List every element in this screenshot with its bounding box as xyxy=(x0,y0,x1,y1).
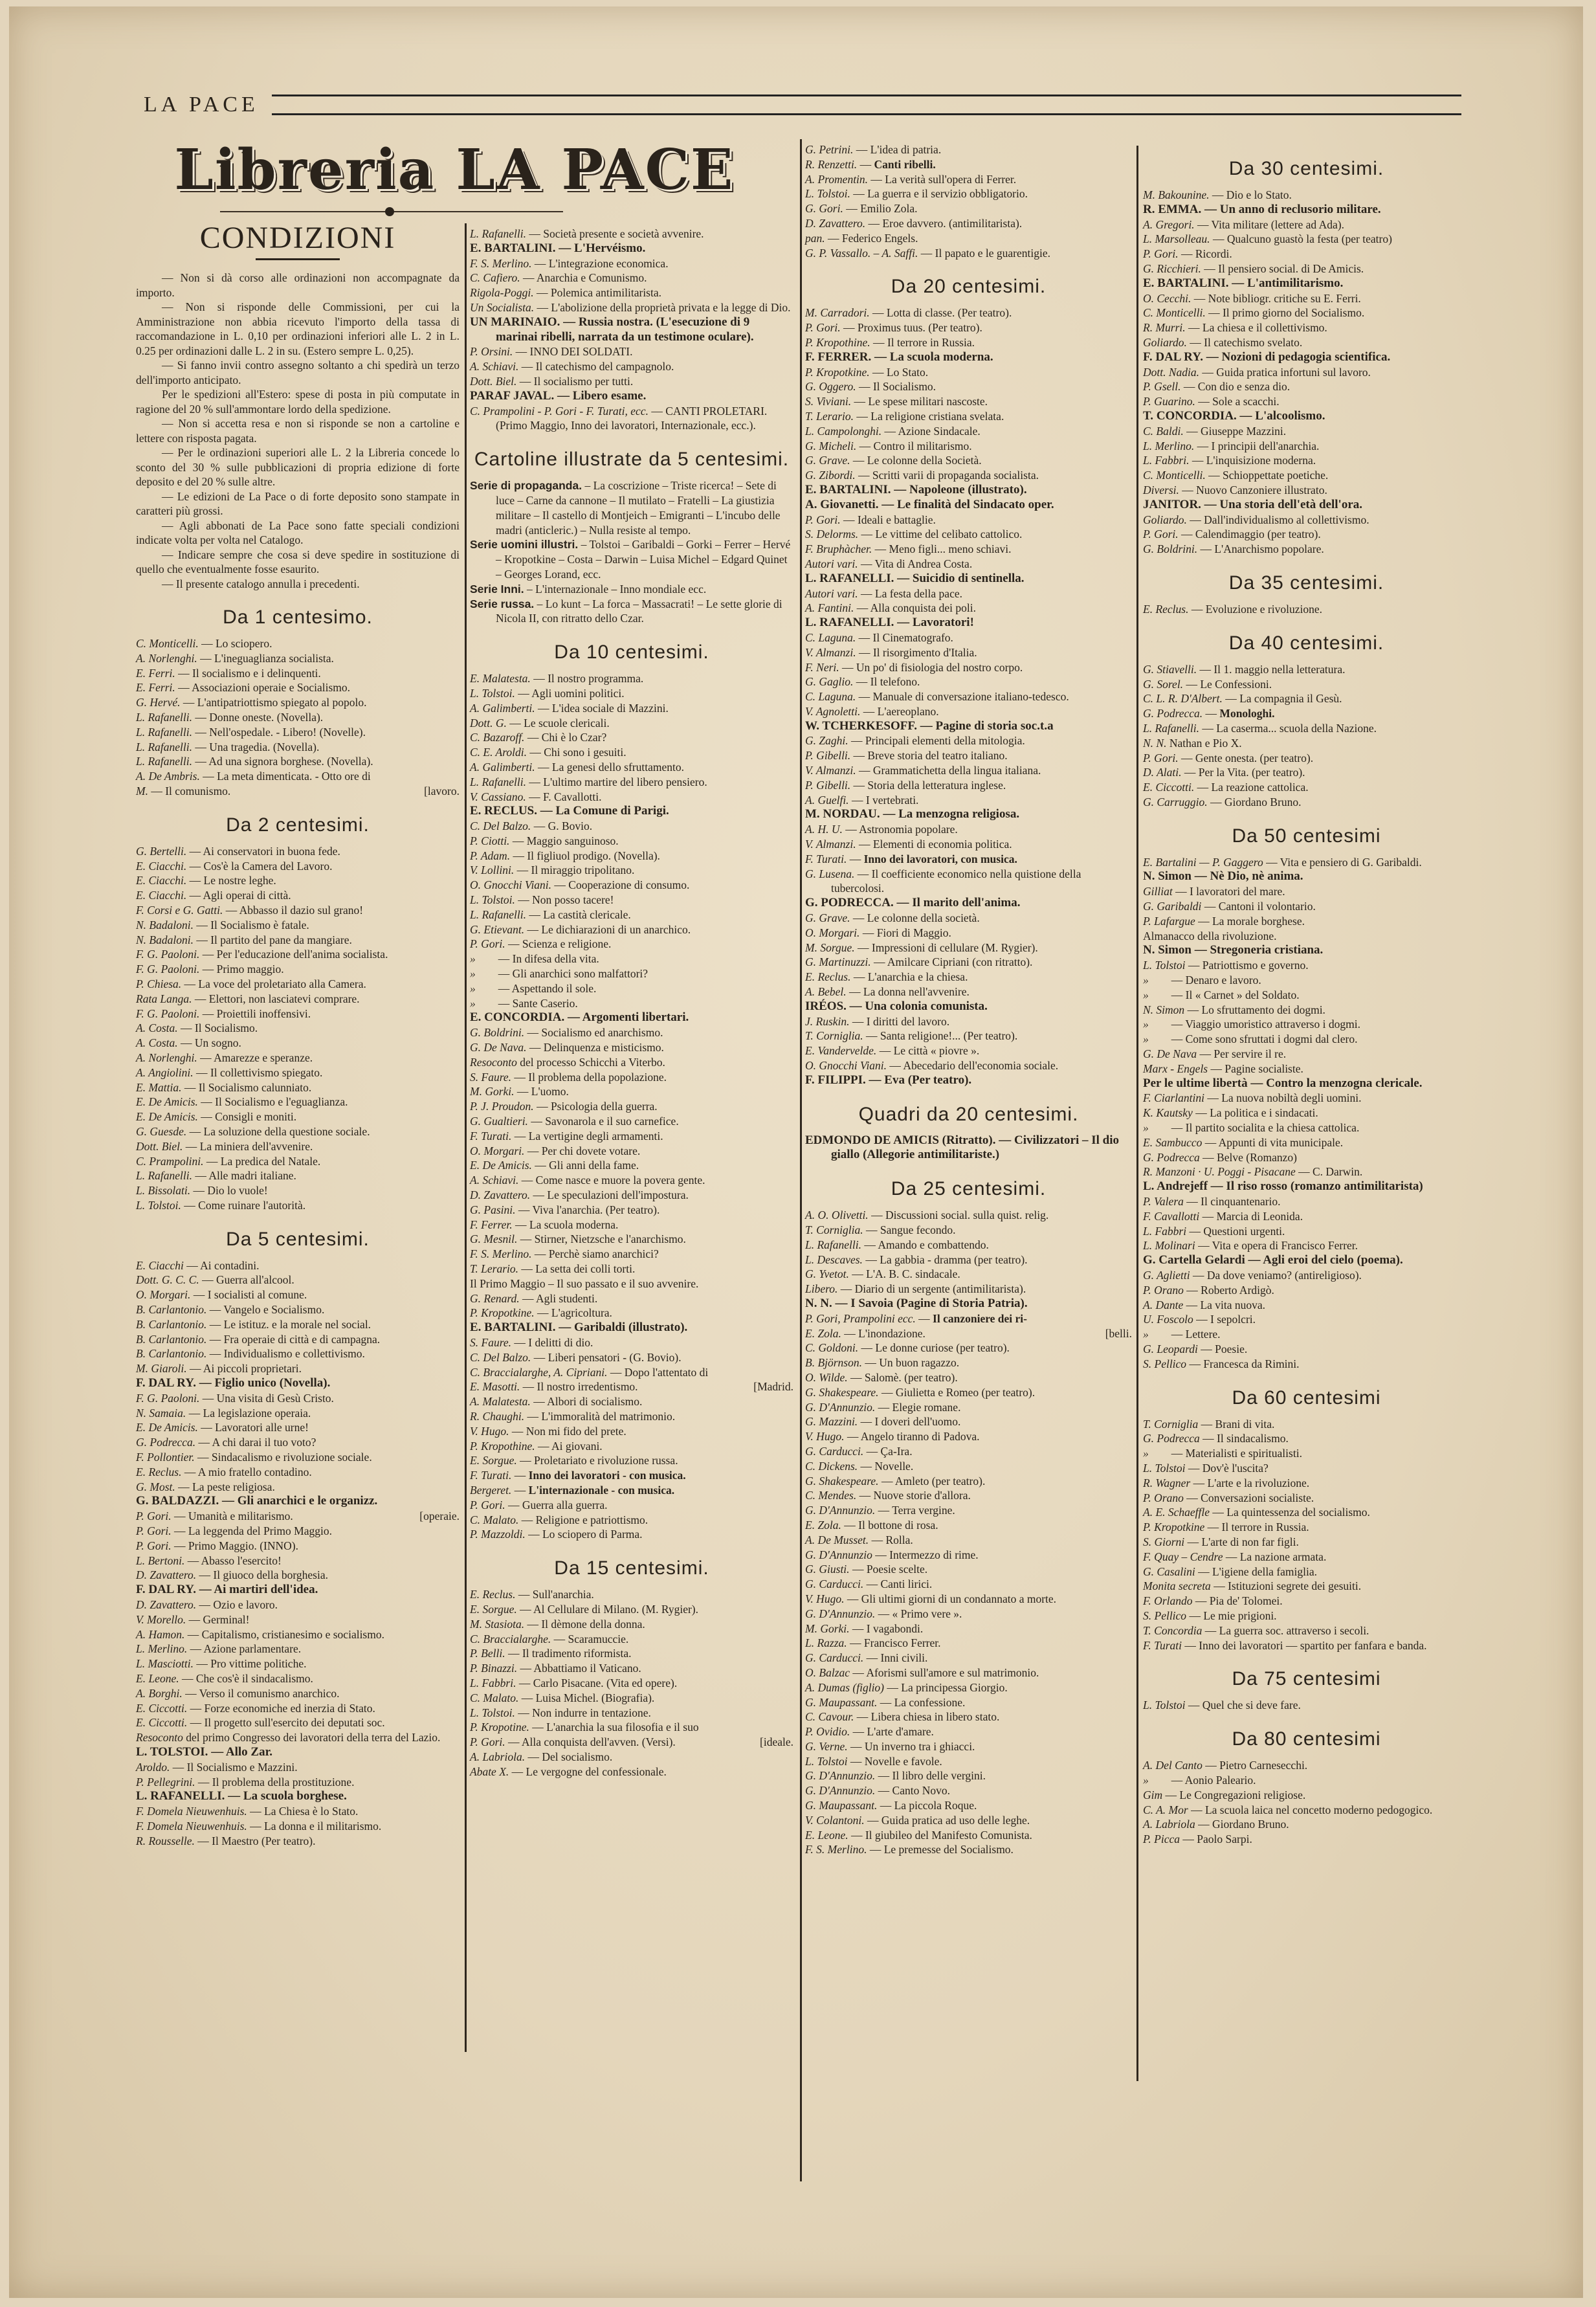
entry-title: Sull'anarchia. xyxy=(533,1588,594,1601)
entry-separator: — xyxy=(875,1401,892,1414)
entry-author: G. Podrecca xyxy=(1143,1151,1200,1164)
entry-author: C. Cavour. xyxy=(805,1710,854,1723)
entry-title: La compagnia il Gesù. xyxy=(1239,692,1342,705)
entry-author: Serie russa. xyxy=(470,597,534,610)
entry-author: E. De Amicis. xyxy=(136,1421,198,1434)
entry-author: G. Maupassant. xyxy=(805,1799,877,1812)
entry-separator: — xyxy=(148,785,165,797)
entry-author: C. A. Mor xyxy=(1143,1803,1188,1816)
entry-author: P. Ciotti. xyxy=(470,834,509,847)
catalog-entry: Almanacco della rivoluzione. xyxy=(1143,929,1470,944)
catalog-entry: L. Tolstoi. — La guerra e il servizio ob… xyxy=(805,186,1132,201)
entry-author: L. RAFANELLI. xyxy=(136,1789,225,1803)
entry-separator: — xyxy=(1186,1462,1203,1475)
entry-separator: — xyxy=(847,853,863,865)
catalog-entry: » — Il « Carnet » del Soldato. xyxy=(1143,988,1470,1003)
entry-separator: — xyxy=(198,1421,215,1434)
entry-title: Stregoneria cristiana. xyxy=(1210,943,1323,957)
column-rule xyxy=(800,139,802,2181)
entry-author: P. Lafargue xyxy=(1143,915,1195,928)
entry-title: La meta dimenticata. - Otto ore di xyxy=(217,770,371,783)
entry-author: C. E. Aroldi. xyxy=(470,746,527,759)
catalog-entry: G. Mesnil. — Stirner, Nietzsche e l'anar… xyxy=(470,1232,793,1247)
entry-author: N. Badaloni. xyxy=(136,919,194,931)
entry-title: Alla conquista dell'avven. (Versi). xyxy=(522,1735,676,1748)
entry-title: Amleto (per teatro). xyxy=(895,1475,985,1488)
entry-title: Terra vergine. xyxy=(892,1504,955,1517)
catalog-entry: Resoconto del primo Congresso dei lavora… xyxy=(136,1730,460,1745)
entry-author: L. RAFANELLI. xyxy=(805,572,894,585)
entry-separator: — xyxy=(190,1184,207,1197)
entry-author: L. Bissolati. xyxy=(136,1184,190,1197)
entry-separator: — xyxy=(199,1007,216,1020)
entry-author: P. Kropotkine. xyxy=(470,1306,535,1319)
catalog-entry: M. Gorki. — I vagabondi. xyxy=(805,1622,1132,1636)
catalog-entry: F. Bruphàcher. — Meno figli... meno schi… xyxy=(805,542,1132,557)
entry-separator: — xyxy=(916,1312,933,1325)
entry-separator: — xyxy=(172,1510,188,1522)
entry-author: O. Gnocchi Viani. xyxy=(805,1059,887,1072)
entry-author: L. Rafanelli. xyxy=(1143,722,1199,735)
entry-author: N. Badaloni. xyxy=(136,933,194,946)
entry-separator: — xyxy=(856,1489,873,1502)
entry-author: Dott. G. xyxy=(470,717,507,730)
entry-separator: — xyxy=(1191,292,1208,305)
entry-separator: — xyxy=(535,1440,551,1453)
entry-author: G. Podrecca xyxy=(1143,1432,1200,1445)
catalog-entry: P. Ciotti. — Maggio sanguinoso. xyxy=(470,834,793,849)
entry-separator: — xyxy=(526,908,543,921)
catalog-entry: T. Lerario. — La setta dei colli torti. xyxy=(470,1262,793,1276)
entry-title: La Chiesa è lo Stato. xyxy=(264,1805,358,1818)
catalog-entry: L. Fabbri. — Carlo Pisacane. (Vita ed op… xyxy=(470,1676,793,1691)
catalog-entry: D. Zavattero. — Le speculazioni dell'imp… xyxy=(470,1188,793,1203)
entry-continuation: [ideale. xyxy=(786,1735,793,1750)
entry-separator: — xyxy=(206,1303,223,1316)
catalog-entry: G. Maupassant. — La confessione. xyxy=(805,1695,1132,1710)
entry-separator: — xyxy=(1210,1506,1226,1519)
entry-title: Le Confessioni. xyxy=(1200,678,1272,691)
entry-title: Proiettili inoffensivi. xyxy=(217,1007,311,1020)
entry-separator: — xyxy=(511,1484,528,1497)
entry-author: E. CONCORDIA. xyxy=(470,1010,564,1024)
catalog-entry: P. Picca — Paolo Sarpi. xyxy=(1143,1832,1470,1847)
entry-author: J. Ruskin. xyxy=(805,1015,850,1028)
catalog-entry: A. Promentin. — La verità sull'opera di … xyxy=(805,172,1132,187)
entry-author: O. Morgari. xyxy=(470,1144,524,1157)
catalog-entry: C. L. R. D'Albert. — La compagnia il Ges… xyxy=(1143,691,1470,706)
catalog-entry: E. CONCORDIA. — Argomenti libertari. xyxy=(470,1010,793,1025)
entry-title: F. Cavallotti. xyxy=(543,790,601,803)
catalog-entry: L. Masciotti. — Pro vittime politiche. xyxy=(136,1656,460,1671)
entry-separator: — xyxy=(1183,1298,1200,1311)
entry-separator: — xyxy=(850,1622,867,1635)
entry-title: La gabbia - dramma (per teatro). xyxy=(880,1253,1027,1266)
catalog-entry: L. Tolstoi — Patriottismo e governo. xyxy=(1143,958,1470,973)
catalog-entry: F. Neri. — Un po' di fisiologia del nost… xyxy=(805,660,1132,675)
entry-separator: — xyxy=(181,1081,198,1094)
entry-author: L. Rafanelli. xyxy=(470,227,526,240)
entry-title: Chi è lo Czar? xyxy=(542,731,607,744)
entry-author: A. De Musset. xyxy=(805,1533,869,1546)
catalog-entry: L. Razza. — Francisco Ferrer. xyxy=(805,1636,1132,1651)
entry-author: N. Simon xyxy=(1143,869,1191,883)
entry-author: Bergeret. xyxy=(470,1484,511,1497)
catalog-entry: S. Pellico — Le mie prigioni. xyxy=(1143,1609,1470,1623)
entry-title: Il sindacalismo. xyxy=(1217,1432,1289,1445)
entry-title: Il primo giorno del Socialismo. xyxy=(1223,306,1364,319)
entry-title: Canto Novo. xyxy=(892,1784,950,1797)
entry-author: C. Monticelli. xyxy=(1143,306,1206,319)
catalog-entry: G. Zaghi. — Principali elementi della mi… xyxy=(805,733,1132,748)
entry-separator: — xyxy=(1296,1165,1313,1178)
entry-title: Il partito socialita e la chiesa cattoli… xyxy=(1186,1121,1360,1134)
catalog-entry: S. Delorms. — Le vittime del celibato ca… xyxy=(805,527,1132,542)
entry-separator: — xyxy=(1198,1343,1215,1355)
entry-title: L'agricoltura. xyxy=(551,1306,612,1319)
entry-author: N. Simon xyxy=(1143,943,1191,957)
catalog-entry: D. Zavattero. — Eroe davvero. (antimilit… xyxy=(805,216,1132,231)
entry-title: Religione e patriottismo. xyxy=(536,1513,648,1526)
catalog-entry: V. Cassiano. — F. Cavallotti. xyxy=(470,790,793,805)
entry-author: F. G. Paoloni. xyxy=(136,1392,199,1405)
entry-title: Una tragedia. (Novella). xyxy=(209,741,319,753)
catalog-entry: G. Boldrini. — L'Anarchismo popolare. xyxy=(1143,542,1470,557)
entry-author: F. Ferrer. xyxy=(470,1218,513,1231)
catalog-entry: » — Materialisti e spiritualisti. xyxy=(1143,1446,1470,1461)
entry-author: A. Guelfi. xyxy=(805,794,849,807)
entry-separator: — xyxy=(1193,1106,1210,1119)
catalog-entry: L. RAFANELLI. — La scuola borghese. xyxy=(136,1789,460,1804)
entry-title: Manuale di conversazione italiano-tedesc… xyxy=(873,690,1069,703)
catalog-entry: G. D'Annunzio. — Terra vergine. xyxy=(805,1503,1132,1518)
catalog-entry: G. Micheli. — Contro il militarismo. xyxy=(805,439,1132,454)
entry-title: Eva (Per teatro). xyxy=(884,1073,971,1087)
entry-author: P. Gori. xyxy=(470,1499,505,1511)
entry-author: G. Garibaldi xyxy=(1143,900,1201,913)
entry-author: R. Manzoni · U. Poggi - Pisacane xyxy=(1143,1165,1296,1178)
catalog-entry: R. Renzetti. — Canti ribelli. xyxy=(805,157,1132,172)
entry-title: Le donne curiose (per teatro). xyxy=(875,1341,1009,1354)
entry-title: L'inondazione. xyxy=(858,1327,925,1340)
catalog-entry: L. Bertoni. — Abasso l'esercito! xyxy=(136,1554,460,1568)
entry-title: Per l'educazione dell'anima socialista. xyxy=(217,948,388,961)
entry-separator: — xyxy=(853,675,870,688)
entry-separator: — xyxy=(1149,1121,1186,1134)
catalog-entry: P. Kropotkine. — L'agricoltura. xyxy=(470,1306,793,1321)
entry-separator: — xyxy=(1203,1759,1219,1772)
entry-separator: — xyxy=(863,1445,880,1458)
entry-title: Le colonne della Società. xyxy=(867,454,982,467)
entry-author: T. Corniglia. xyxy=(805,1223,863,1236)
entry-title: Il comunismo. xyxy=(165,785,230,797)
entry-title: Il figliuol prodigo. (Novella). xyxy=(527,849,660,862)
entry-author: B. Carlantonio. xyxy=(136,1303,206,1316)
catalog-entry: J. Ruskin. — I diritti del lavoro. xyxy=(805,1014,1132,1029)
entry-title: Viaggio umoristico attraverso i dogmi. xyxy=(1185,1018,1360,1031)
catalog-entry: A. Giovanetti. — Le finalità del Sindaca… xyxy=(805,498,1132,513)
entry-author: Serie Inni. xyxy=(470,583,524,596)
catalog-entry: P. Kropothine. — Ai giovani. xyxy=(470,1439,793,1454)
entry-separator: — xyxy=(856,764,873,777)
entry-title: Lettere. xyxy=(1186,1328,1221,1341)
entry-author: A. Norlenghi. xyxy=(136,1051,197,1064)
column-rule xyxy=(1136,146,1138,2081)
catalog-entry: L. Campolonghi. — Azione Sindacale. xyxy=(805,424,1132,439)
entry-title: La vertigine degli armamenti. xyxy=(529,1130,663,1142)
ornament-dot-icon xyxy=(385,207,394,216)
catalog-entry: R. Manzoni · U. Poggi - Pisacane — C. Da… xyxy=(1143,1165,1470,1179)
entry-separator: — xyxy=(863,1577,880,1590)
entry-title: Gli anarchici sono malfattori? xyxy=(513,967,648,980)
catalog-entry: G. Grave. — Le colonne della società. xyxy=(805,911,1132,926)
entry-author: G. Grave. xyxy=(805,454,850,467)
catalog-entry: F. Turati. — Inno dei lavoratori - con m… xyxy=(470,1468,793,1483)
entry-author: » xyxy=(470,952,476,965)
entry-separator: — xyxy=(849,1267,866,1280)
entry-separator: — xyxy=(847,1636,864,1649)
catalog-entry: T. Lerario. — La religione cristiana sve… xyxy=(805,409,1132,424)
entry-author: N. N. xyxy=(805,1297,832,1310)
entry-author: A. Gregori. xyxy=(1143,218,1195,231)
entry-separator: — xyxy=(837,1282,854,1295)
catalog-entry: C. Malato. — Luisa Michel. (Biografia). xyxy=(470,1691,793,1706)
entry-author: G. Podrecca. xyxy=(136,1436,195,1449)
entry-author: A. De Ambris. xyxy=(136,770,200,783)
catalog-entry: E. Ciacchi — Ai contadini. xyxy=(136,1258,460,1273)
entry-author: A. Galimberti. xyxy=(470,761,535,774)
entry-author: A. Schiavi. xyxy=(470,1174,518,1187)
entry-title: Un buon ragazzo. xyxy=(879,1356,959,1369)
entry-separator: — xyxy=(1184,1491,1201,1504)
entry-title: Aspettando il sole. xyxy=(512,982,597,995)
entry-author: F. S. Merlino. xyxy=(470,257,531,270)
entry-separator: — xyxy=(505,937,522,950)
entry-title: Le speculazioni dell'impostura. xyxy=(547,1188,688,1201)
entry-author: P. Gori. xyxy=(805,513,841,526)
entry-title: Ozio e lavoro. xyxy=(213,1598,278,1611)
entry-author: E. Bartalini — P. Gaggero xyxy=(1143,856,1263,869)
entry-author: G. Ricchieri. xyxy=(1143,262,1201,275)
entry-separator: — xyxy=(524,1144,541,1157)
entry-title: Il telefono. xyxy=(870,675,920,688)
catalog-entry: Un Socialista. — L'abolizione della prop… xyxy=(470,300,793,315)
entry-separator: — xyxy=(841,513,858,526)
entry-title: Il dèmone della donna. xyxy=(541,1618,645,1631)
catalog-entry: F. Turati — Inno dei lavoratori — sparti… xyxy=(1143,1638,1470,1653)
entry-separator: — xyxy=(509,1765,526,1778)
entry-author: G. Shakespeare. xyxy=(805,1386,879,1399)
entry-separator: — xyxy=(1149,1447,1186,1460)
entry-separator: — xyxy=(531,672,548,685)
entry-author: L. Tolstoi xyxy=(805,1755,848,1768)
entry-author: G. D'Annunzio. xyxy=(805,1769,875,1782)
condition-paragraph: — Indicare sempre che cosa si deve spedi… xyxy=(136,548,460,577)
entry-separator: — xyxy=(560,315,579,329)
catalog-entry: Monita secreta — Istituzioni segrete dei… xyxy=(1143,1579,1470,1594)
entry-title: Ai contadini. xyxy=(200,1259,259,1272)
entry-title: I vertebrati. xyxy=(866,794,919,807)
entry-separator: — xyxy=(223,904,239,917)
catalog-entry: JANITOR. — Una storia dell'età dell'ora. xyxy=(1143,498,1470,513)
entry-title: Dio lo vuole! xyxy=(207,1184,267,1197)
catalog-entry: L. Molinari — Vita e opera di Francisco … xyxy=(1143,1238,1470,1253)
catalog-entry: P. Gsell. — Con dio e senza dio. xyxy=(1143,379,1470,394)
entry-author: M. Carradori. xyxy=(805,306,870,319)
condition-paragraph: — Non si risponde delle Commissioni, per… xyxy=(136,300,460,358)
catalog-entry: E. Leone. — Il giubileo del Manifesto Co… xyxy=(805,1828,1132,1843)
catalog-entry: P. Pellegrini. — Il problema della prost… xyxy=(136,1775,460,1790)
entry-separator: — xyxy=(1210,232,1227,245)
entry-author: » xyxy=(1143,1328,1149,1341)
entry-separator: — xyxy=(854,601,870,614)
entry-separator: — xyxy=(187,1642,203,1655)
entry-title: Cooperazione di consumo. xyxy=(568,878,689,891)
entry-title: Garibaldi (illustrato). xyxy=(574,1321,687,1334)
catalog-entry: E. Ferri. — Il socialismo e i delinquent… xyxy=(136,666,460,681)
entry-separator: — xyxy=(195,1436,212,1449)
catalog-entry: » — Aonio Paleario. xyxy=(1143,1773,1470,1788)
entry-separator: — xyxy=(187,1362,203,1375)
entry-title: Pro vittime politiche. xyxy=(210,1657,306,1670)
catalog-entry: A. Norlenghi. — L'ineguaglianza socialis… xyxy=(136,651,460,666)
entry-separator: — xyxy=(881,425,898,438)
entry-author: O. Balzac xyxy=(805,1666,850,1679)
entry-title: Carlo Pisacane. (Vita ed opere). xyxy=(533,1677,677,1689)
entry-title: La vita nuova. xyxy=(1200,1298,1265,1311)
entry-separator: — xyxy=(863,1223,880,1236)
catalog-entry: L. Rafanelli. — Società presente e socie… xyxy=(470,227,793,241)
entry-title: Che cos'è il sindacalismo. xyxy=(196,1672,313,1685)
entry-author: E. Ciacchi xyxy=(136,1259,184,1272)
catalog-entry: A. Schiavi. — Il catechismo del campagno… xyxy=(470,359,793,374)
catalog-entry: C. Laguna. — Manuale di conversazione it… xyxy=(805,689,1132,704)
catalog-entry: G. Yvetot. — L'A. B. C. sindacale. xyxy=(805,1267,1132,1282)
catalog-entry: R. Rousselle. — Il Maestro (Per teatro). xyxy=(136,1834,460,1849)
entry-title: La legislazione operaia. xyxy=(203,1407,311,1420)
entry-title: Il terrore in Russia. xyxy=(887,336,975,349)
catalog-entry: F. S. Merlino. — L'integrazione economic… xyxy=(470,256,793,271)
catalog-entry: G. Carducci. — Inni civili. xyxy=(805,1651,1132,1666)
catalog-entry: D. Zavattero. — Ozio e lavoro. xyxy=(136,1598,460,1612)
entry-separator: — xyxy=(607,1366,624,1379)
entry-separator: — xyxy=(1179,528,1195,541)
catalog-entry: D. Zavattero. — Il giuoco della borghesi… xyxy=(136,1568,460,1583)
entry-separator: — xyxy=(520,1292,536,1305)
catalog-entry: E. BARTALINI. — Garibaldi (illustrato). xyxy=(470,1321,793,1335)
catalog-entry: P. Gori. — Ideali e battaglie. xyxy=(805,513,1132,528)
entry-separator: — xyxy=(1188,603,1205,616)
entry-separator: — xyxy=(178,1021,195,1034)
catalog-entry: C. Baldi. — Giuseppe Mazzini. xyxy=(1143,424,1470,439)
entry-title: Liberi pensatori - (G. Bovio). xyxy=(548,1351,682,1364)
entry-title: Breve storia del teatro italiano. xyxy=(867,749,1007,762)
catalog-entry: M. Carradori. — Lotta di classe. (Per te… xyxy=(805,306,1132,320)
entry-author: F. DAL RY. xyxy=(1143,350,1203,364)
entry-separator: — xyxy=(532,1159,549,1172)
entry-author: G. P. Vassallo. – A. Saffi. xyxy=(805,247,918,260)
entry-author: G. Cartella Gelardi xyxy=(1143,1253,1245,1267)
entry-separator: — xyxy=(1201,498,1220,511)
catalog-entry: Abate X. — Le vergogne del confessionale… xyxy=(470,1765,793,1779)
entry-separator: — xyxy=(535,1306,551,1319)
catalog-entry: E. Ciacchi. — Cos'è la Camera del Lavoro… xyxy=(136,859,460,874)
entry-title: Diario di un sergente (antimilitarista). xyxy=(855,1282,1026,1295)
entry-author: Dott. Biel. xyxy=(136,1140,183,1153)
catalog-entry: P. Gori. — Umanità e militarismo.[operai… xyxy=(136,1509,460,1524)
entry-title: Alla conquista dei poli. xyxy=(870,601,976,614)
entry-separator: — xyxy=(505,1647,522,1660)
entry-title: Primo maggio. xyxy=(217,963,284,975)
entry-separator: — xyxy=(1186,321,1203,334)
catalog-entry: G. Shakespeare. — Giulietta e Romeo (per… xyxy=(805,1385,1132,1400)
catalog-entry: C. Cavour. — Libera chiesa in libero sta… xyxy=(805,1710,1132,1724)
entry-separator: — xyxy=(1202,1624,1219,1637)
entry-title: L'uomo. xyxy=(531,1085,569,1098)
entry-separator: — xyxy=(181,1199,198,1212)
entry-author: D. Alati. xyxy=(1143,766,1181,779)
entry-separator: — xyxy=(526,790,543,803)
entry-author: L. Masciotti. xyxy=(136,1657,194,1670)
entry-title: L'idea sociale di Mazzini. xyxy=(552,702,669,715)
catalog-entry: F. Pollontier. — Sindacalismo e rivoluzi… xyxy=(136,1450,460,1465)
entry-title: Pagine socialiste. xyxy=(1225,1062,1303,1075)
entry-title: Abasso l'esercito! xyxy=(201,1554,282,1567)
entry-title: Al Cellulare di Milano. (M. Rygier). xyxy=(533,1603,698,1616)
entry-separator: — xyxy=(192,726,209,739)
entry-title: Le finalità del Sindacato oper. xyxy=(897,498,1054,511)
entry-title: La castità clericale. xyxy=(543,908,631,921)
entry-title: Federico Engels. xyxy=(842,232,918,245)
entry-title: Un anno di reclusorio militare. xyxy=(1220,203,1381,216)
entry-author: L. Tolstoi xyxy=(1143,1462,1186,1475)
entry-author: G. Shakespeare. xyxy=(805,1475,879,1488)
entry-author: F. G. Paoloni. xyxy=(136,1007,199,1020)
entry-title: Con dio e senza dio. xyxy=(1198,380,1290,393)
entry-separator: — xyxy=(518,1691,535,1704)
entry-author: A. Angiolini. xyxy=(136,1066,194,1079)
entry-author: D. Zavattero. xyxy=(136,1568,196,1581)
entry-separator: — xyxy=(1195,218,1212,231)
entry-separator: — xyxy=(192,1169,208,1182)
catalog-entry: L. Andrejeff — Il riso rosso (romanzo an… xyxy=(1143,1179,1470,1194)
entry-author: L. Rafanelli. xyxy=(805,1238,861,1251)
entry-separator: — xyxy=(1181,380,1198,393)
entry-separator: — xyxy=(524,1618,541,1631)
entry-title: La quintessenza del socialismo. xyxy=(1226,1506,1370,1519)
catalog-entry: V. Agnoletti. — L'aereoplano. xyxy=(805,704,1132,719)
catalog-entry: A. Borghi. — Verso il comunismo anarchic… xyxy=(136,1686,460,1701)
catalog-entry: M. Stasiota. — Il dèmone della donna. xyxy=(470,1617,793,1632)
entry-separator: — xyxy=(198,1110,215,1123)
entry-title: Quel che si deve fare. xyxy=(1203,1699,1301,1711)
entry-separator: — xyxy=(206,1318,223,1331)
catalog-entry: » — Come sono sfruttati i dogmi dal cler… xyxy=(1143,1032,1470,1047)
entry-title: Azione parlamentare. xyxy=(204,1642,302,1655)
entry-title: Lo Stato. xyxy=(887,366,928,379)
entry-author: L. Tolstoi. xyxy=(470,687,515,700)
catalog-entry: A. Labriola. — Del socialismo. xyxy=(470,1750,793,1765)
entry-separator: — xyxy=(225,1789,243,1803)
entry-author: E. BARTALINI. xyxy=(1143,276,1229,290)
catalog-entry: F. DAL RY. — Ai martiri dell'idea. xyxy=(136,1583,460,1598)
entry-separator: — xyxy=(875,1784,892,1797)
entry-separator: — xyxy=(524,1026,541,1039)
entry-separator: – xyxy=(534,597,546,610)
catalog-entry: L. Rafanelli. — La castità clericale. xyxy=(470,908,793,922)
catalog-entry: L. Rafanelli. — Amando e combattendo. xyxy=(805,1238,1132,1253)
entry-author: P. Chiesa. xyxy=(136,977,181,990)
